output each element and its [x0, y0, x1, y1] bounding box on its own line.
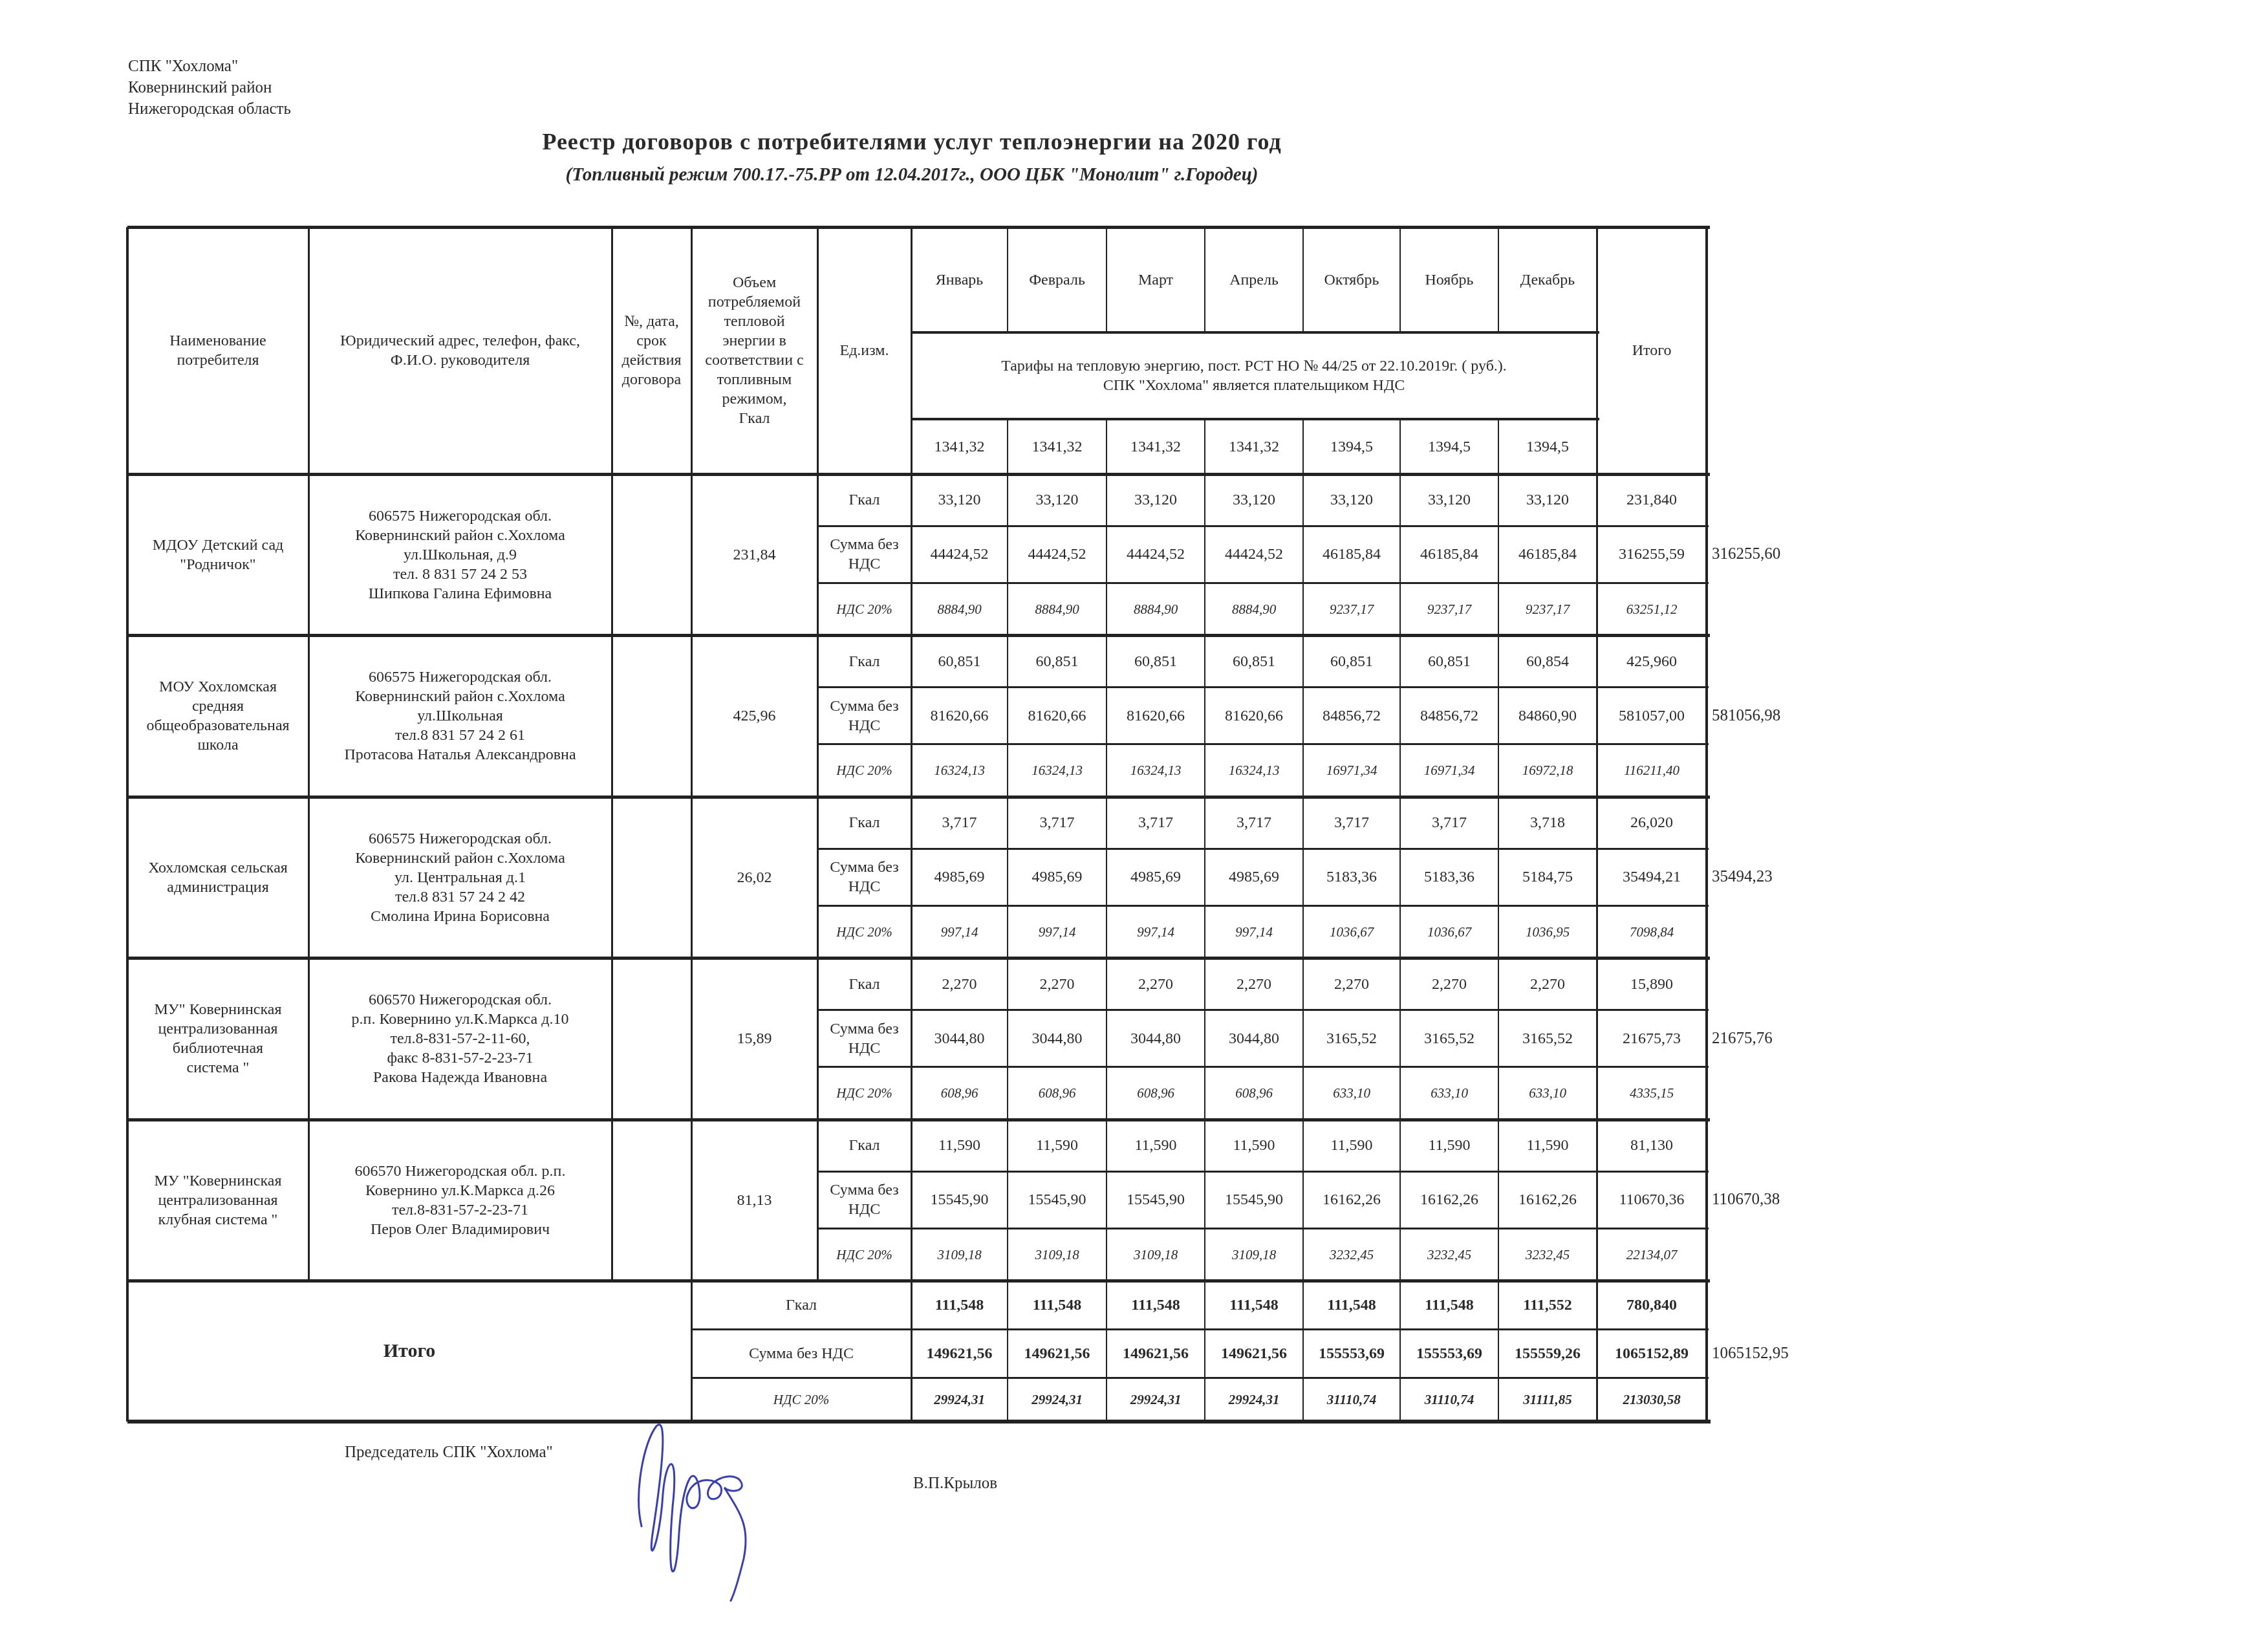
table-cell: 15545,90: [1008, 1171, 1107, 1228]
table-cell: 60,854: [1498, 636, 1597, 688]
table-cell: 15545,90: [1205, 1171, 1303, 1228]
totals-unit-label: Гкал: [691, 1281, 911, 1330]
consumer-name: МДОУ Детский сад "Родничок": [127, 474, 308, 636]
organization-header: СПК "Хохлома" Ковернинский район Нижегор…: [128, 56, 291, 120]
table-cell: 608,96: [1008, 1067, 1107, 1120]
unit-label: НДС 20%: [817, 905, 911, 958]
header-month: Апрель: [1205, 227, 1303, 332]
table-cell: 11,590: [911, 1120, 1008, 1171]
table-cell: 16971,34: [1400, 744, 1498, 797]
table-cell: 46185,84: [1303, 526, 1400, 583]
side-check-grand-total: 1065152,95: [1712, 1330, 1789, 1378]
table-cell: 8884,90: [1205, 583, 1303, 636]
unit-label: Сумма без НДС: [817, 1010, 911, 1067]
tariff-value: 1341,32: [1008, 419, 1107, 474]
totals-cell: 29924,31: [1205, 1378, 1303, 1422]
table-cell: 3,717: [911, 797, 1008, 849]
table-cell: 15,890: [1597, 958, 1707, 1010]
table-rule: [911, 418, 1599, 420]
table-rule: [1204, 419, 1205, 1422]
table-cell: 33,120: [1303, 474, 1400, 526]
table-cell: 3044,80: [1008, 1010, 1107, 1067]
tariff-note: Тарифы на тепловую энергию, пост. РСТ НО…: [911, 332, 1597, 419]
table-cell: 5183,36: [1400, 849, 1498, 905]
table-cell: 2,270: [1303, 958, 1400, 1010]
table-cell: 997,14: [1107, 905, 1205, 958]
table-cell: 9237,17: [1303, 583, 1400, 636]
unit-label: Сумма без НДС: [817, 849, 911, 905]
header-unit: Ед.изм.: [817, 227, 911, 474]
consumer-contract: [612, 636, 691, 797]
table-cell: 425,960: [1597, 636, 1707, 688]
table-cell: 3044,80: [1107, 1010, 1205, 1067]
unit-label: Сумма без НДС: [817, 688, 911, 744]
table-cell: 16324,13: [1008, 744, 1107, 797]
tariff-value: 1341,32: [911, 419, 1008, 474]
table-cell: 11,590: [1498, 1120, 1597, 1171]
table-cell: 2,270: [1008, 958, 1107, 1010]
header-month: Февраль: [1008, 227, 1107, 332]
org-district: Ковернинский район: [128, 77, 291, 98]
table-rule: [817, 227, 819, 1281]
table-rule: [1204, 227, 1205, 332]
table-cell: 33,120: [1498, 474, 1597, 526]
table-cell: 2,270: [1400, 958, 1498, 1010]
table-cell: 60,851: [1205, 636, 1303, 688]
table-cell: 84856,72: [1303, 688, 1400, 744]
table-cell: 11,590: [1107, 1120, 1205, 1171]
consumer-name: Хохломская сельская администрация: [127, 797, 308, 958]
table-cell: 11,590: [1008, 1120, 1107, 1171]
consumer-address: 606570 Нижегородская обл. р.п. Ковернино…: [308, 958, 612, 1120]
unit-label: Гкал: [817, 474, 911, 526]
table-cell: 33,120: [1107, 474, 1205, 526]
table-rule: [1498, 419, 1499, 1422]
table-cell: 15545,90: [911, 1171, 1008, 1228]
table-rule: [308, 227, 310, 1281]
table-cell: 11,590: [1400, 1120, 1498, 1171]
table-cell: 81620,66: [911, 688, 1008, 744]
totals-cell: 111,548: [1303, 1281, 1400, 1330]
unit-label: НДС 20%: [817, 1228, 911, 1281]
table-cell: 60,851: [911, 636, 1008, 688]
tariff-value: 1341,32: [1205, 419, 1303, 474]
table-cell: 608,96: [1107, 1067, 1205, 1120]
table-cell: 4985,69: [1008, 849, 1107, 905]
table-cell: 44424,52: [1008, 526, 1107, 583]
table-cell: 5183,36: [1303, 849, 1400, 905]
table-cell: 84856,72: [1400, 688, 1498, 744]
table-rule: [127, 226, 1710, 229]
header-month: Март: [1107, 227, 1205, 332]
table-rule: [1705, 227, 1708, 1422]
table-cell: 3232,45: [1498, 1228, 1597, 1281]
consumer-name: МУ" Ковернинская централизованная библио…: [127, 958, 308, 1120]
table-cell: 11,590: [1303, 1120, 1400, 1171]
totals-cell: 31110,74: [1400, 1378, 1498, 1422]
table-cell: 81620,66: [1205, 688, 1303, 744]
consumer-contract: [612, 474, 691, 636]
consumer-volume: 81,13: [691, 1120, 817, 1281]
totals-cell: 111,548: [1400, 1281, 1498, 1330]
unit-label: Сумма без НДС: [817, 526, 911, 583]
table-rule: [1007, 227, 1008, 332]
consumer-address: 606575 Нижегородская обл. Ковернинский р…: [308, 636, 612, 797]
table-cell: 2,270: [1205, 958, 1303, 1010]
table-cell: 3,717: [1303, 797, 1400, 849]
table-cell: 60,851: [1303, 636, 1400, 688]
table-cell: 3,718: [1498, 797, 1597, 849]
table-cell: 9237,17: [1498, 583, 1597, 636]
totals-cell: 111,548: [911, 1281, 1008, 1330]
table-rule: [611, 227, 613, 1281]
table-cell: 3165,52: [1303, 1010, 1400, 1067]
totals-cell: 29924,31: [911, 1378, 1008, 1422]
table-cell: 3,717: [1400, 797, 1498, 849]
table-cell: 21675,73: [1597, 1010, 1707, 1067]
consumer-contract: [612, 797, 691, 958]
table-cell: 2,270: [1107, 958, 1205, 1010]
table-cell: 2,270: [911, 958, 1008, 1010]
table-cell: 4985,69: [1107, 849, 1205, 905]
table-cell: 3232,45: [1303, 1228, 1400, 1281]
unit-label: НДС 20%: [817, 1067, 911, 1120]
totals-cell: 149621,56: [1205, 1330, 1303, 1378]
table-cell: 35494,21: [1597, 849, 1707, 905]
consumer-address: 606575 Нижегородская обл. Ковернинский р…: [308, 797, 612, 958]
table-cell: 3109,18: [911, 1228, 1008, 1281]
tariff-value: 1394,5: [1498, 419, 1597, 474]
table-cell: 9237,17: [1400, 583, 1498, 636]
consumer-volume: 15,89: [691, 958, 817, 1120]
table-cell: 231,840: [1597, 474, 1707, 526]
table-cell: 8884,90: [1107, 583, 1205, 636]
table-cell: 44424,52: [911, 526, 1008, 583]
signatory-name: В.П.Крылов: [913, 1475, 997, 1493]
org-region: Нижегородская область: [128, 98, 291, 120]
consumer-contract: [612, 1120, 691, 1281]
table-cell: 3109,18: [1205, 1228, 1303, 1281]
table-cell: 60,851: [1008, 636, 1107, 688]
totals-cell: 29924,31: [1008, 1378, 1107, 1422]
table-cell: 3,717: [1008, 797, 1107, 849]
totals-cell: 111,548: [1107, 1281, 1205, 1330]
table-cell: 16324,13: [911, 744, 1008, 797]
table-cell: 1036,67: [1400, 905, 1498, 958]
table-cell: 5184,75: [1498, 849, 1597, 905]
table-cell: 3109,18: [1107, 1228, 1205, 1281]
side-check-total: 316255,60: [1712, 526, 1780, 583]
table-rule: [1106, 419, 1107, 1422]
consumer-address: 606575 Нижегородская обл. Ковернинский р…: [308, 474, 612, 636]
table-cell: 1036,95: [1498, 905, 1597, 958]
side-check-total: 110670,38: [1712, 1171, 1780, 1228]
totals-cell: 149621,56: [1008, 1330, 1107, 1378]
table-rule: [1106, 227, 1107, 332]
totals-cell: 155559,26: [1498, 1330, 1597, 1378]
table-cell: 997,14: [1205, 905, 1303, 958]
header-consumer-name: Наименование потребителя: [127, 227, 308, 474]
table-cell: 33,120: [1400, 474, 1498, 526]
table-cell: 8884,90: [1008, 583, 1107, 636]
table-cell: 608,96: [1205, 1067, 1303, 1120]
header-address: Юридический адрес, телефон, факс, Ф.И.О.…: [308, 227, 612, 474]
header-total: Итого: [1597, 227, 1707, 474]
totals-cell: 155553,69: [1400, 1330, 1498, 1378]
table-rule: [1498, 227, 1499, 332]
totals-cell: 29924,31: [1107, 1378, 1205, 1422]
table-cell: 16162,26: [1498, 1171, 1597, 1228]
table-rule: [127, 473, 1710, 476]
table-cell: 3109,18: [1008, 1228, 1107, 1281]
table-rule: [1399, 227, 1401, 332]
table-cell: 60,851: [1107, 636, 1205, 688]
totals-cell: 111,548: [1008, 1281, 1107, 1330]
unit-label: Гкал: [817, 636, 911, 688]
table-cell: 3044,80: [1205, 1010, 1303, 1067]
table-rule: [1007, 419, 1008, 1422]
table-cell: 33,120: [911, 474, 1008, 526]
table-cell: 81,130: [1597, 1120, 1707, 1171]
table-cell: 7098,84: [1597, 905, 1707, 958]
table-cell: 16972,18: [1498, 744, 1597, 797]
header-month: Декабрь: [1498, 227, 1597, 332]
table-rule: [1302, 227, 1304, 332]
header-contract: №, дата, срок действия договора: [612, 227, 691, 474]
totals-cell: 155553,69: [1303, 1330, 1400, 1378]
totals-cell: 780,840: [1597, 1281, 1707, 1330]
table-rule: [1596, 227, 1598, 1422]
table-cell: 2,270: [1498, 958, 1597, 1010]
table-cell: 11,590: [1205, 1120, 1303, 1171]
table-cell: 3,717: [1107, 797, 1205, 849]
table-cell: 3044,80: [911, 1010, 1008, 1067]
table-cell: 81620,66: [1008, 688, 1107, 744]
table-cell: 44424,52: [1205, 526, 1303, 583]
table-cell: 46185,84: [1498, 526, 1597, 583]
unit-label: НДС 20%: [817, 744, 911, 797]
table-cell: 16162,26: [1303, 1171, 1400, 1228]
tariff-value: 1341,32: [1107, 419, 1205, 474]
totals-cell: 31111,85: [1498, 1378, 1597, 1422]
unit-label: Гкал: [817, 797, 911, 849]
totals-cell: 1065152,89: [1597, 1330, 1707, 1378]
table-cell: 1036,67: [1303, 905, 1400, 958]
table-cell: 60,851: [1400, 636, 1498, 688]
table-cell: 84860,90: [1498, 688, 1597, 744]
consumer-name: МУ "Ковернинская централизованная клубна…: [127, 1120, 308, 1281]
table-rule: [1302, 419, 1304, 1422]
table-cell: 4985,69: [911, 849, 1008, 905]
table-cell: 4985,69: [1205, 849, 1303, 905]
consumer-volume: 231,84: [691, 474, 817, 636]
totals-cell: 111,548: [1205, 1281, 1303, 1330]
totals-unit-label: НДС 20%: [691, 1378, 911, 1422]
org-name: СПК "Хохлома": [128, 56, 291, 77]
unit-label: НДС 20%: [817, 583, 911, 636]
tariff-value: 1394,5: [1400, 419, 1498, 474]
header-month: Октябрь: [1303, 227, 1400, 332]
table-cell: 44424,52: [1107, 526, 1205, 583]
table-cell: 3232,45: [1400, 1228, 1498, 1281]
unit-label: Гкал: [817, 1120, 911, 1171]
table-cell: 16971,34: [1303, 744, 1400, 797]
unit-label: Гкал: [817, 958, 911, 1010]
table-cell: 22134,07: [1597, 1228, 1707, 1281]
totals-unit-label: Сумма без НДС: [691, 1330, 911, 1378]
side-check-total: 581056,98: [1712, 688, 1780, 744]
table-rule: [127, 1420, 1711, 1424]
table-cell: 33,120: [1205, 474, 1303, 526]
table-cell: 63251,12: [1597, 583, 1707, 636]
table-cell: 581057,00: [1597, 688, 1707, 744]
signature-image: [582, 1416, 828, 1604]
table-cell: 110670,36: [1597, 1171, 1707, 1228]
totals-cell: 149621,56: [911, 1330, 1008, 1378]
table-cell: 3,717: [1205, 797, 1303, 849]
side-check-total: 21675,76: [1712, 1010, 1773, 1067]
table-cell: 3165,52: [1498, 1010, 1597, 1067]
table-cell: 26,020: [1597, 797, 1707, 849]
document-title: Реестр договоров с потребителями услуг т…: [0, 128, 1824, 155]
totals-cell: 31110,74: [1303, 1378, 1400, 1422]
consumer-name: МОУ Хохломская средняя общеобразовательн…: [127, 636, 308, 797]
consumer-volume: 425,96: [691, 636, 817, 797]
totals-label: Итого: [127, 1281, 691, 1422]
consumer-contract: [612, 958, 691, 1120]
tariff-value: 1394,5: [1303, 419, 1400, 474]
document-subtitle: (Топливный режим 700.17.-75.РР от 12.04.…: [0, 164, 1824, 186]
table-cell: 15545,90: [1107, 1171, 1205, 1228]
table-rule: [1399, 419, 1401, 1422]
table-cell: 116211,40: [1597, 744, 1707, 797]
table-cell: 633,10: [1400, 1067, 1498, 1120]
totals-cell: 213030,58: [1597, 1378, 1707, 1422]
table-cell: 316255,59: [1597, 526, 1707, 583]
header-month: Ноябрь: [1400, 227, 1498, 332]
table-cell: 81620,66: [1107, 688, 1205, 744]
table-cell: 16324,13: [1205, 744, 1303, 797]
table-cell: 3165,52: [1400, 1010, 1498, 1067]
signatory-title: Председатель СПК "Хохлома": [345, 1444, 553, 1462]
table-rule: [691, 227, 693, 1422]
table-cell: 633,10: [1498, 1067, 1597, 1120]
table-rule: [911, 227, 913, 1422]
table-cell: 46185,84: [1400, 526, 1498, 583]
header-volume: Объем потребляемой тепловой энергии в со…: [691, 227, 817, 474]
totals-cell: 149621,56: [1107, 1330, 1205, 1378]
table-rule: [126, 227, 129, 1422]
table-cell: 997,14: [1008, 905, 1107, 958]
table-cell: 16162,26: [1400, 1171, 1498, 1228]
table-rule: [911, 331, 1599, 334]
table-cell: 33,120: [1008, 474, 1107, 526]
table-cell: 4335,15: [1597, 1067, 1707, 1120]
consumer-volume: 26,02: [691, 797, 817, 958]
consumer-address: 606570 Нижегородская обл. р.п. Ковернино…: [308, 1120, 612, 1281]
totals-cell: 111,552: [1498, 1281, 1597, 1330]
table-cell: 633,10: [1303, 1067, 1400, 1120]
unit-label: Сумма без НДС: [817, 1171, 911, 1228]
table-cell: 997,14: [911, 905, 1008, 958]
side-check-total: 35494,23: [1712, 849, 1773, 905]
table-cell: 16324,13: [1107, 744, 1205, 797]
table-cell: 608,96: [911, 1067, 1008, 1120]
table-cell: 8884,90: [911, 583, 1008, 636]
header-month: Январь: [911, 227, 1008, 332]
